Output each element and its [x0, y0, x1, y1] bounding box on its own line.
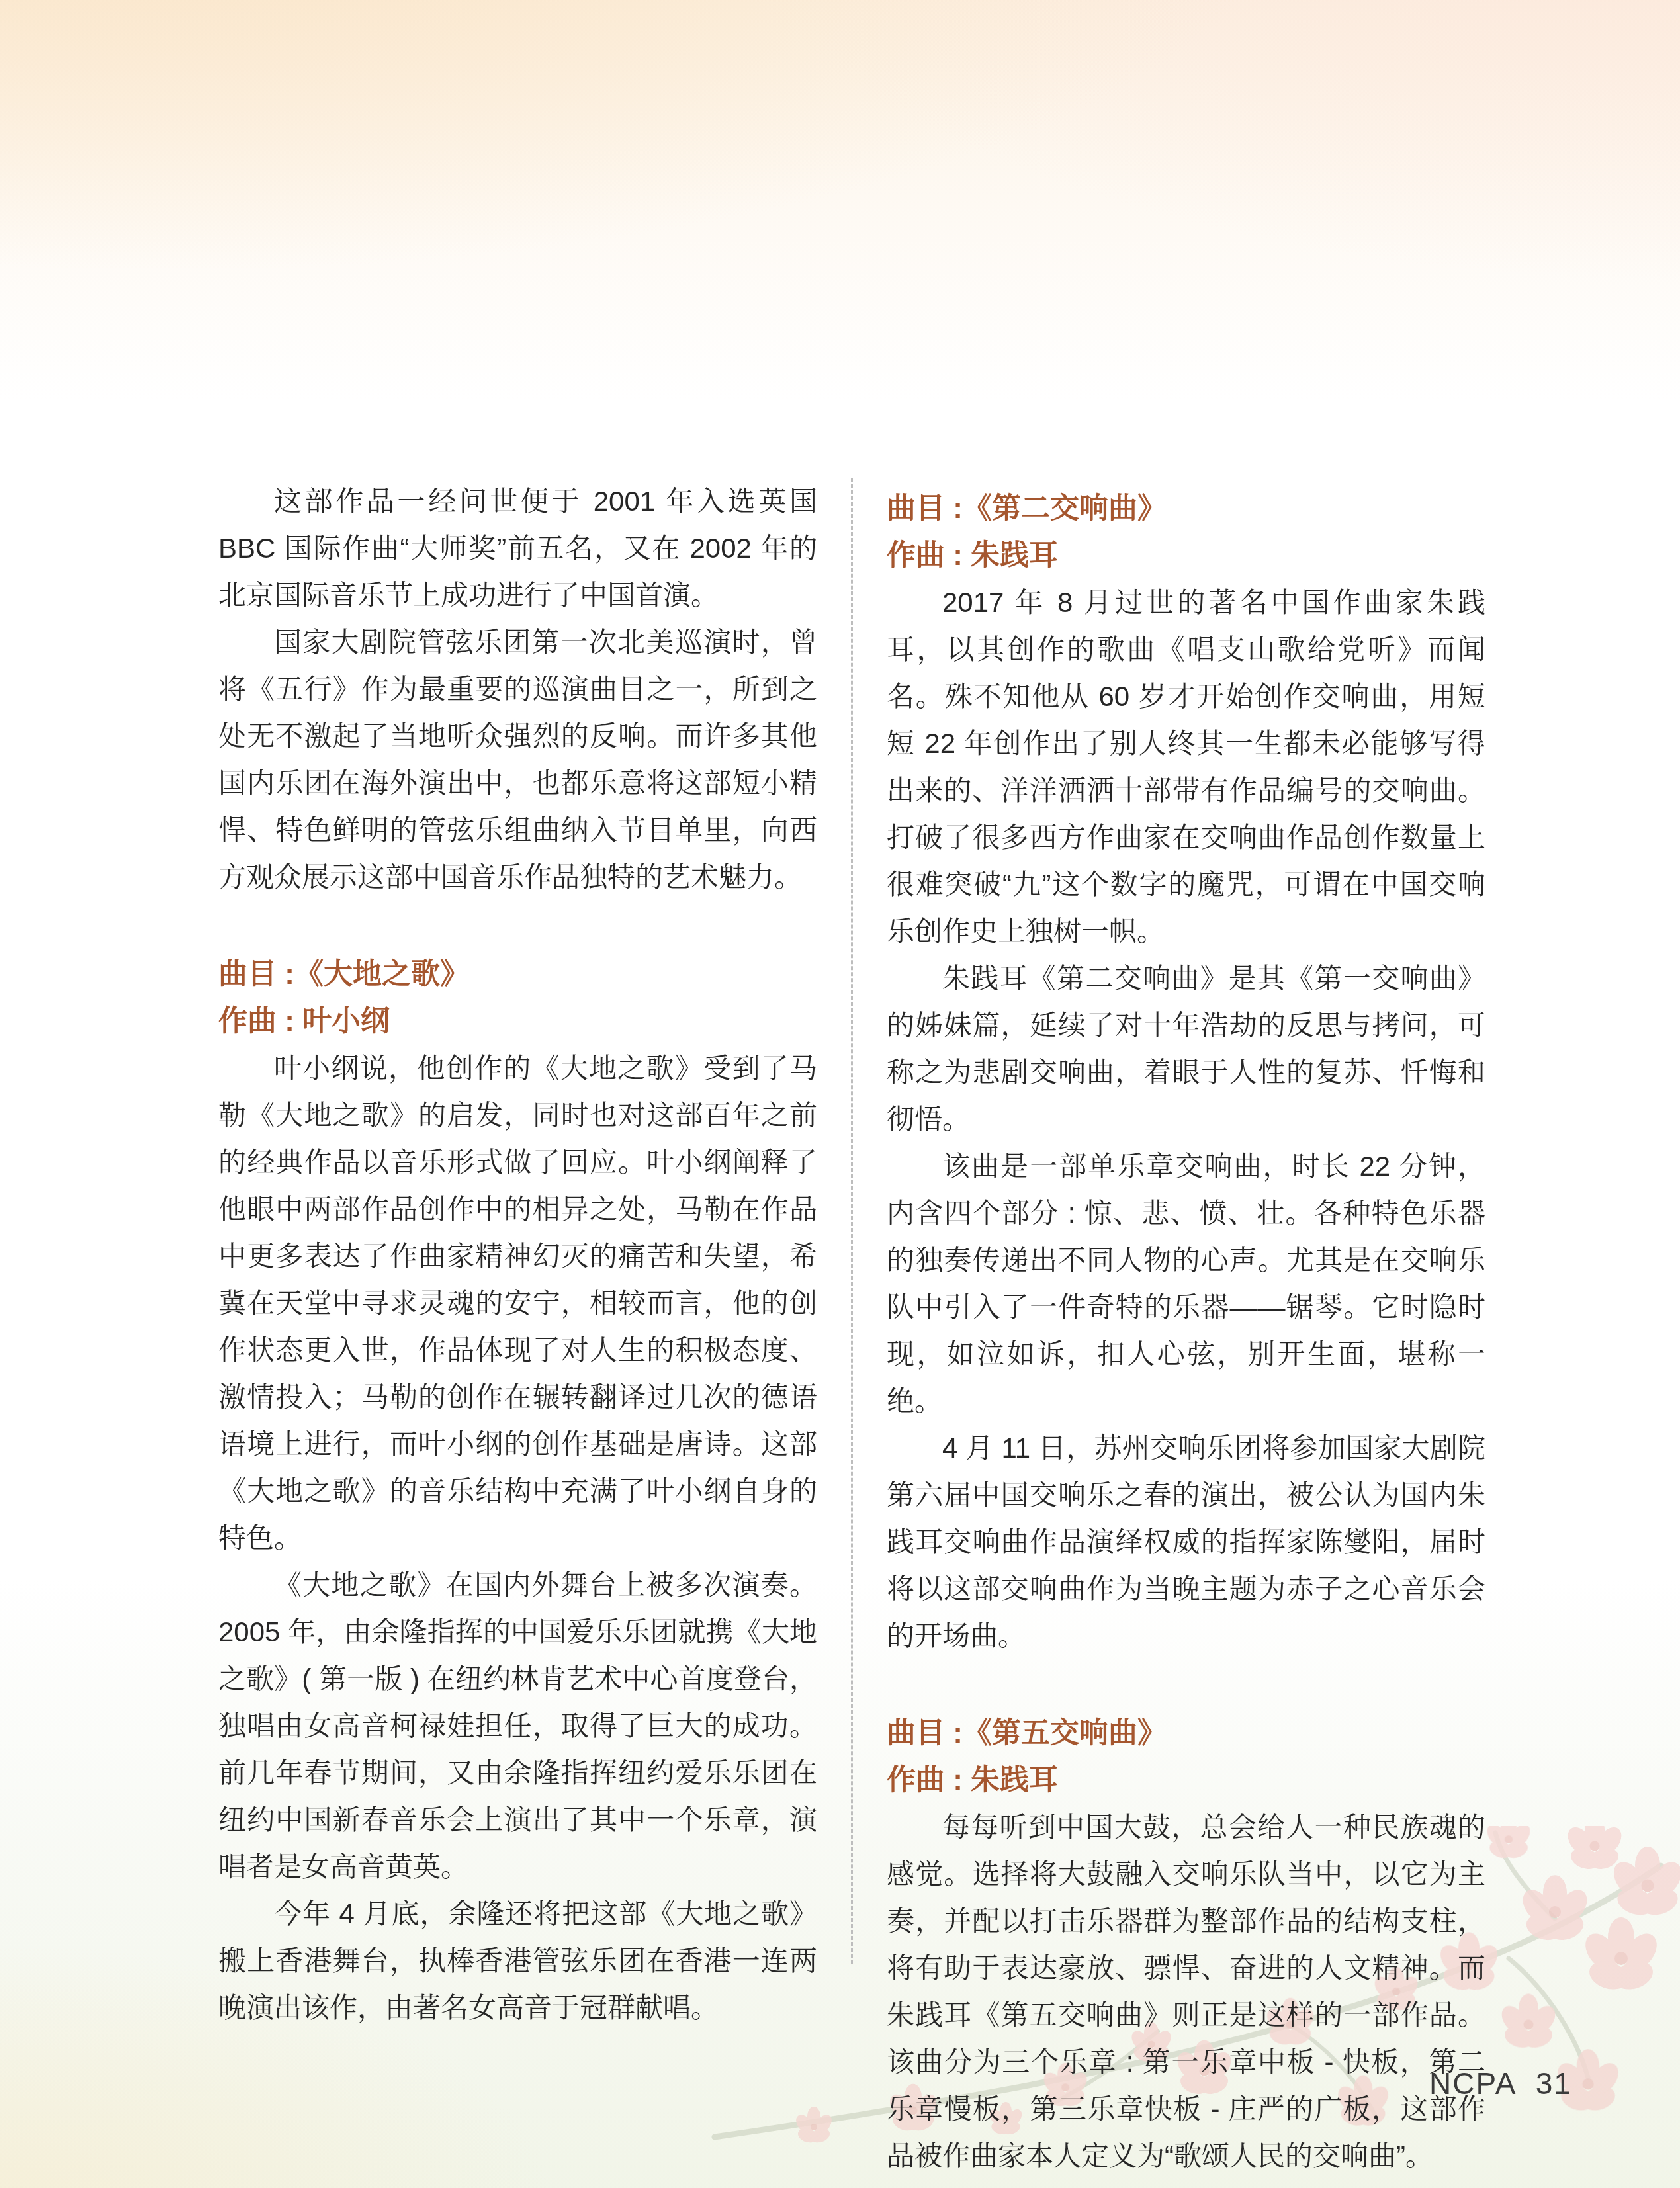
- paragraph: 这部作品一经问世便于 2001 年入选英国 BBC 国际作曲“大师奖”前五名，又…: [218, 478, 817, 619]
- page-number: NCPA 31: [1429, 2066, 1572, 2101]
- top-gradient-decor: [0, 0, 1680, 437]
- section-symphony-no5: 曲目 :《第五交响曲》 作曲 : 朱践耳 每每听到中国大鼓，总会给人一种民族魂的…: [887, 1710, 1485, 2179]
- column-divider: [851, 478, 853, 1964]
- paragraph: 朱践耳《第二交响曲》是其《第一交响曲》的姊妹篇，延续了对十年浩劫的反思与拷问，可…: [887, 955, 1485, 1143]
- composer-label: 作曲 : 朱践耳: [887, 532, 1485, 579]
- composer-label: 作曲 : 朱践耳: [887, 1757, 1485, 1804]
- paragraph: 《大地之歌》在国内外舞台上被多次演奏。2005 年，由余隆指挥的中国爱乐乐团就携…: [218, 1561, 817, 1890]
- section-symphony-no2: 曲目 :《第二交响曲》 作曲 : 朱践耳 2017 年 8 月过世的著名中国作曲…: [887, 485, 1485, 1659]
- paragraph: 今年 4 月底，余隆还将把这部《大地之歌》搬上香港舞台，执棒香港管弦乐团在香港一…: [218, 1890, 817, 2031]
- paragraph: 该曲是一部单乐章交响曲，时长 22 分钟，内含四个部分 : 惊、悲、愤、壮。各种…: [887, 1143, 1485, 1424]
- piece-title: 曲目 :《第五交响曲》: [887, 1710, 1485, 1757]
- paragraph: 叶小纲说，他创作的《大地之歌》受到了马勒《大地之歌》的启发，同时也对这部百年之前…: [218, 1045, 817, 1561]
- left-column: 这部作品一经问世便于 2001 年入选英国 BBC 国际作曲“大师奖”前五名，又…: [218, 478, 817, 2031]
- paragraph: 2017 年 8 月过世的著名中国作曲家朱践耳，以其创作的歌曲《唱支山歌给党听》…: [887, 579, 1485, 955]
- paragraph: 国家大剧院管弦乐团第一次北美巡演时，曾将《五行》作为最重要的巡演曲目之一，所到之…: [218, 619, 817, 900]
- piece-title: 曲目 :《大地之歌》: [218, 951, 817, 998]
- section-dadizhige: 曲目 :《大地之歌》 作曲 : 叶小纲 叶小纲说，他创作的《大地之歌》受到了马勒…: [218, 951, 817, 2031]
- paragraph: 每每听到中国大鼓，总会给人一种民族魂的感觉。选择将大鼓融入交响乐队当中，以它为主…: [887, 1804, 1485, 2179]
- piece-title: 曲目 :《第二交响曲》: [887, 485, 1485, 532]
- composer-label: 作曲 : 叶小纲: [218, 998, 817, 1045]
- magazine-page: { "page": { "footer_text": "NCPA 31" }, …: [0, 0, 1680, 2188]
- paragraph: 4 月 11 日，苏州交响乐团将参加国家大剧院第六届中国交响乐之春的演出，被公认…: [887, 1424, 1485, 1659]
- right-column: 曲目 :《第二交响曲》 作曲 : 朱践耳 2017 年 8 月过世的著名中国作曲…: [887, 485, 1485, 2179]
